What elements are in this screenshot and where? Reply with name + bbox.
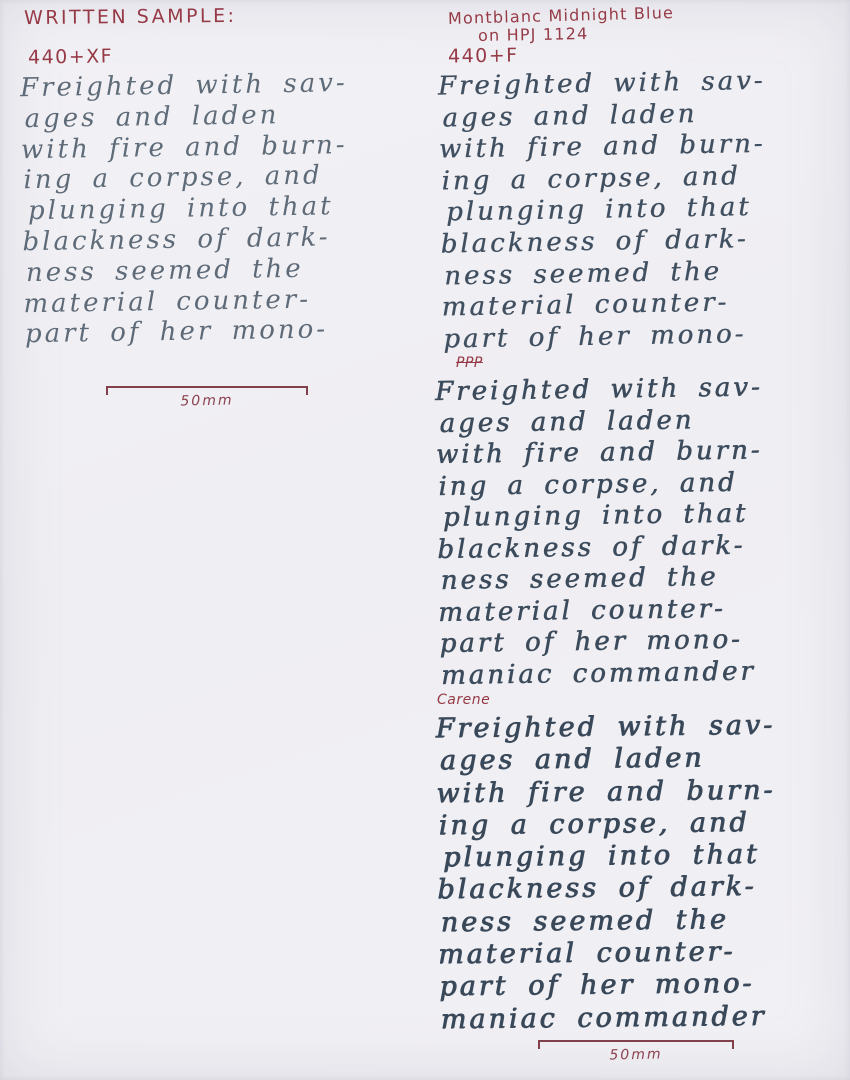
handwriting-line: part of her mono- bbox=[439, 967, 850, 1004]
nib-label-440xf: 440+XF bbox=[28, 45, 114, 68]
handwriting-line: part of her mono- bbox=[25, 313, 434, 350]
handwriting-line: blackness of dark- bbox=[437, 870, 850, 907]
paper-name-label: on HPJ 1124 bbox=[478, 24, 589, 45]
written-sample-title: WRITTEN SAMPLE: bbox=[24, 5, 237, 29]
handwriting-sample-ppp: Freighted with sav- ages and laden with … bbox=[435, 371, 849, 692]
pen-label-carene: Carene bbox=[437, 692, 490, 708]
scale-label: 50mm bbox=[538, 1045, 734, 1064]
handwriting-line: ages and laden bbox=[440, 741, 849, 778]
handwriting-line: ness seemed the bbox=[440, 903, 850, 940]
handwriting-sample-carene: Freighted with sav- ages and laden with … bbox=[435, 709, 850, 1036]
scale-label: 50mm bbox=[106, 391, 308, 411]
scale-ruler-left: 50mm bbox=[106, 386, 308, 409]
nib-label-440f: 440+F bbox=[448, 44, 519, 67]
handwriting-line: part of her mono- bbox=[443, 317, 850, 356]
scanned-handwriting-sample-page: WRITTEN SAMPLE: 440+XF Freighted with sa… bbox=[0, 0, 850, 1080]
handwriting-line: plunging into that bbox=[443, 838, 850, 875]
handwriting-sample-440xf: Freighted with sav- ages and laden with … bbox=[20, 67, 434, 351]
scale-ruler-bottom: 50mm bbox=[538, 1040, 734, 1063]
pen-label-ppp: PPP bbox=[456, 355, 483, 371]
handwriting-line: with fire and burn- bbox=[436, 773, 849, 810]
handwriting-line: Freighted with sav- bbox=[435, 709, 848, 746]
handwriting-line: material counter- bbox=[438, 935, 850, 972]
handwriting-line: ing a corpse, and bbox=[438, 806, 849, 843]
handwriting-line: maniac commander bbox=[440, 1000, 850, 1037]
handwriting-line: maniac commander bbox=[441, 655, 849, 692]
handwriting-sample-440f: Freighted with sav- ages and laden with … bbox=[438, 64, 850, 355]
